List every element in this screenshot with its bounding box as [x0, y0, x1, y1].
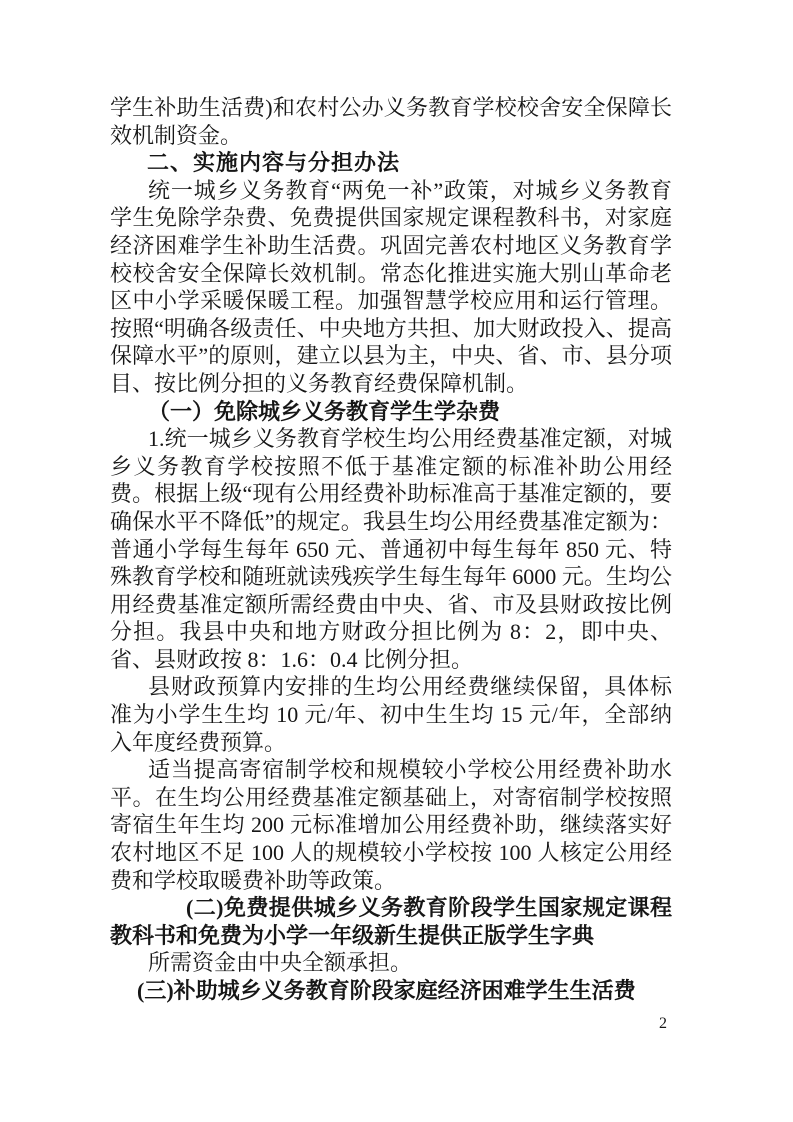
page-number: 2	[648, 1014, 678, 1034]
section-heading-2: 二、实施内容与分担办法	[110, 149, 672, 177]
sub-heading-1: （一）免除城乡义务教育学生学杂费	[110, 398, 672, 426]
sub-heading-2: (二)免费提供城乡义务教育阶段学生国家规定课程教科书和免费为小学一年级新生提供正…	[110, 894, 672, 949]
document-body: 学生补助生活费)和农村公办义务教育学校校舍安全保障长效机制资金。 二、实施内容与…	[110, 94, 672, 1005]
paragraph-county-budget: 县财政预算内安排的生均公用经费继续保留，具体标准为小学生生均 10 元/年、初中…	[110, 673, 672, 756]
continuation-paragraph: 学生补助生活费)和农村公办义务教育学校校舍安全保障长效机制资金。	[110, 94, 672, 149]
paragraph-boarding-schools: 适当提高寄宿制学校和规模较小学校公用经费补助水平。在生均公用经费基准定额基础上，…	[110, 756, 672, 894]
intro-paragraph: 统一城乡义务教育“两免一补”政策，对城乡义务教育学生免除学杂费、免费提供国家规定…	[110, 177, 672, 398]
sub-heading-3: (三)补助城乡义务教育阶段家庭经济困难学生生活费	[110, 977, 672, 1005]
document-page: 学生补助生活费)和农村公办义务教育学校校舍安全保障长效机制资金。 二、实施内容与…	[0, 0, 793, 1122]
paragraph-central-funding: 所需资金由中央全额承担。	[110, 949, 672, 977]
paragraph-funding-standards: 1.统一城乡义务教育学校生均公用经费基准定额，对城乡义务教育学校按照不低于基准定…	[110, 425, 672, 673]
